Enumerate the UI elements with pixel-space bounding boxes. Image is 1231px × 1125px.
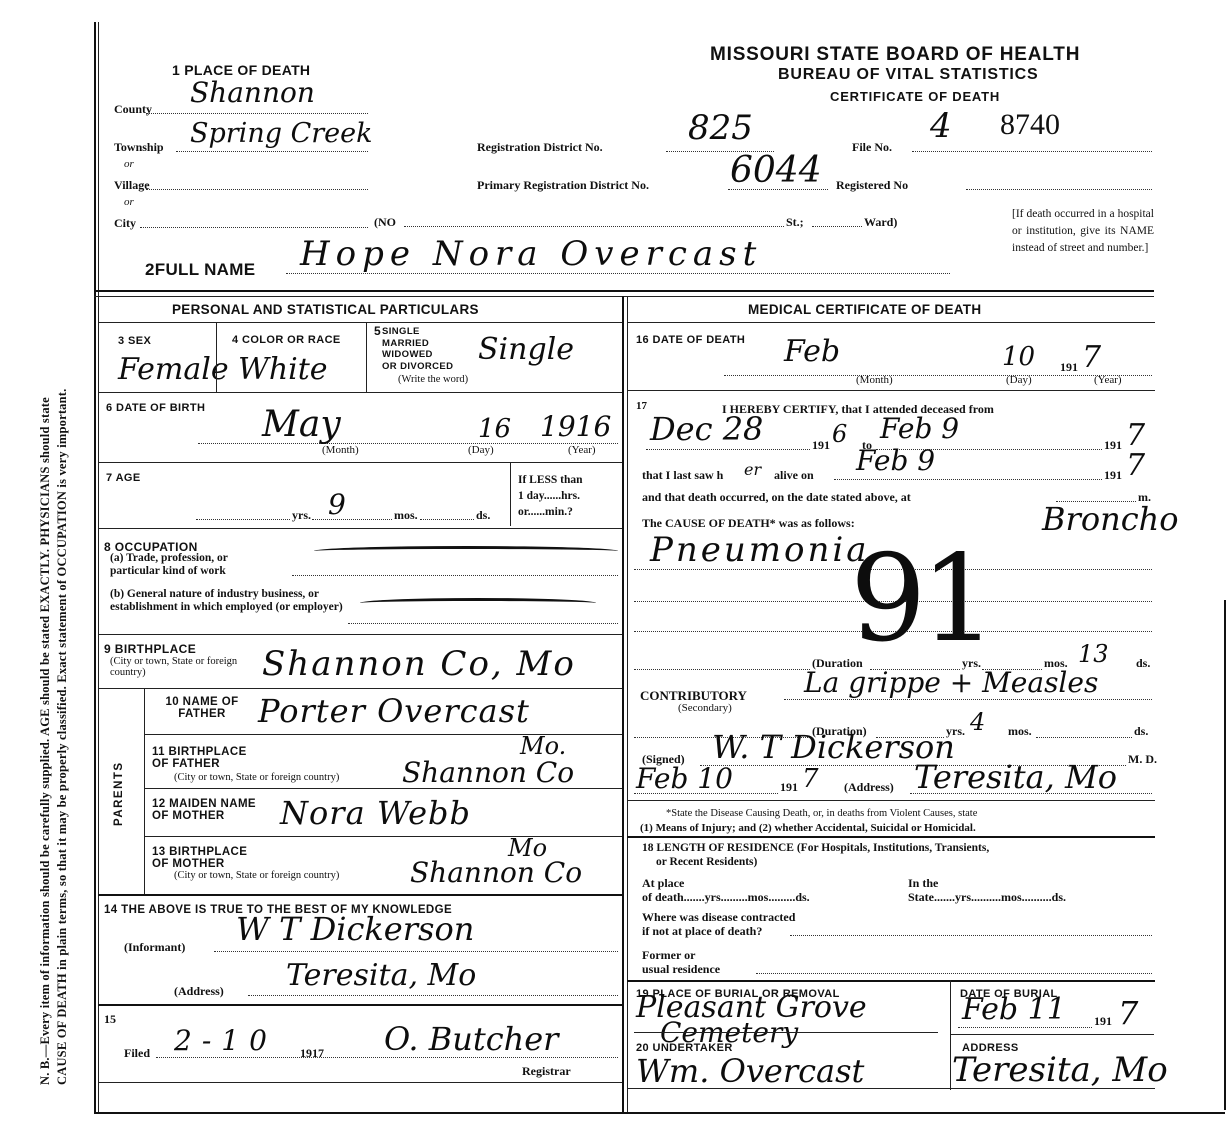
residence-label: 18 LENGTH OF RESIDENCE (For Hospitals, I…: [642, 842, 989, 854]
informant-address-value: Teresita, Mo: [286, 958, 476, 993]
sex-label: 3 SEX: [118, 335, 151, 347]
street-st-label: St.;: [786, 215, 804, 230]
rule-after-filed: [98, 1082, 622, 1083]
rule-before-burial: [627, 980, 1155, 982]
former-residence-label2: usual residence: [642, 962, 720, 977]
rule-after-parents: [98, 894, 622, 896]
marital-option-married: MARRIED: [382, 338, 453, 350]
rule-after-dod: [627, 390, 1155, 391]
dob-month-value: May: [262, 404, 341, 445]
mother-birthplace-label: 13 BIRTHPLACE OF MOTHER: [152, 846, 262, 870]
file-no-label: File No.: [852, 140, 892, 155]
burial-year-digit: 7: [1118, 994, 1138, 1032]
file-no-stamped: 8740: [1000, 108, 1060, 142]
medical-address-label: (Address): [844, 780, 894, 795]
age-yrs-field[interactable]: [196, 510, 290, 520]
cause-ds-label: ds.: [1136, 656, 1150, 671]
age-ds-field[interactable]: [420, 510, 474, 520]
rule-after-birthplace: [98, 688, 622, 689]
medical-address-value: Teresita, Mo: [914, 758, 1117, 796]
reg-district-value: 825: [688, 108, 753, 148]
rule-before-footnote: [627, 800, 1155, 801]
burial-year-prefix: 191: [1094, 1014, 1112, 1029]
left-border: [94, 22, 96, 1112]
margin-note-line1: N. B.—Every item of information should b…: [38, 397, 53, 1085]
top-section-rule: [94, 290, 1154, 292]
parents-divider: [144, 688, 145, 894]
dod-month: Feb: [784, 334, 840, 369]
occupation-b-label: (b) General nature of industry business,…: [110, 588, 354, 614]
attended-from-value: Dec 28: [650, 410, 763, 448]
dod-day: 10: [1002, 342, 1035, 372]
township-label: Township: [114, 140, 164, 155]
dod-day-caption: (Day): [1006, 374, 1032, 386]
marital-options: SINGLE MARRIED WIDOWED OR DIVORCED: [382, 326, 453, 372]
dod-year-prefix: 191: [1060, 360, 1078, 375]
less-than-line1: If LESS than: [518, 472, 583, 488]
former-residence-label: Former or: [642, 948, 695, 963]
less-than-block: If LESS than 1 day......hrs. or......min…: [518, 472, 583, 520]
right-border: [1224, 600, 1226, 1110]
last-saw-her: er: [744, 460, 761, 479]
large-mark: 91: [850, 540, 991, 660]
rule-after-age: [98, 528, 622, 529]
dod-label: 16 DATE OF DEATH: [636, 334, 745, 346]
filed-year: 1917: [300, 1046, 324, 1061]
burial-date-underline: [950, 1034, 1154, 1035]
mother-birthplace-value: Shannon Co: [410, 856, 582, 889]
township-value: Spring Creek: [190, 118, 372, 149]
attended-from-year-prefix: 191: [812, 438, 830, 453]
attended-to-year-prefix: 191: [1104, 438, 1122, 453]
age-less-divider: [510, 462, 511, 526]
attended-to-value: Feb 9: [880, 412, 959, 445]
full-name-label: 2FULL NAME: [145, 260, 255, 280]
last-saw-year-digit: 7: [1126, 448, 1145, 483]
residence-label2: or Recent Residents): [656, 856, 757, 868]
in-the-label: In the: [908, 876, 938, 891]
age-mos-value: 9: [328, 488, 346, 521]
city-field[interactable]: [140, 216, 368, 228]
undertaker-address-value: Teresita, Mo: [952, 1050, 1168, 1090]
age-mos-field[interactable]: [312, 510, 392, 520]
burial-date-value: Feb 11: [962, 992, 1066, 1027]
contributory-value: La grippe + Measles: [804, 666, 1098, 699]
father-birthplace-value: Shannon Co: [402, 756, 574, 789]
bureau-title: BUREAU OF VITAL STATISTICS: [778, 66, 1039, 84]
rule-after-dob: [98, 462, 622, 463]
less-than-line2: 1 day......hrs.: [518, 488, 583, 504]
marital-option-single: SINGLE: [382, 326, 453, 338]
ward-label: Ward): [864, 215, 897, 230]
or-label-2: or: [124, 196, 134, 208]
birthplace-label: 9 BIRTHPLACE: [104, 642, 196, 656]
registered-no-label: Registered No: [836, 178, 908, 193]
cause-line1: Broncho: [1042, 500, 1178, 538]
bottom-border: [94, 1112, 1225, 1114]
filed-date: 2-10: [174, 1024, 277, 1057]
occupation-a-dash: [314, 546, 618, 556]
md-label: M. D.: [1128, 752, 1157, 767]
dod-year-caption: (Year): [1094, 374, 1122, 386]
age-yrs-label: yrs.: [292, 508, 311, 523]
or-label-1: or: [124, 158, 134, 170]
contrib-mos-field[interactable]: [1036, 728, 1132, 738]
medical-heading: MEDICAL CERTIFICATE OF DEATH: [748, 302, 981, 317]
cause-label: The CAUSE OF DEATH* was as follows:: [642, 516, 855, 531]
occupation-b-field[interactable]: [348, 614, 618, 624]
age-label: 7 AGE: [106, 472, 141, 484]
attended-from-year-digit: 6: [832, 420, 847, 448]
birthplace-hint: (City or town, State or foreign country): [110, 656, 274, 678]
primary-reg-label: Primary Registration District No.: [477, 178, 649, 193]
marital-num: 5: [374, 324, 381, 338]
father-birthplace-label: 11 BIRTHPLACE OF FATHER: [152, 746, 262, 770]
contrib-ds-label: ds.: [1134, 724, 1148, 739]
reg-district-label: Registration District No.: [477, 140, 603, 155]
dob-year-caption: (Year): [568, 444, 596, 456]
dod-month-caption: (Month): [856, 374, 893, 386]
city-label: City: [114, 216, 136, 231]
marital-value: Single: [478, 332, 574, 367]
dob-day-value: 16: [478, 414, 511, 444]
sex-race-divider: [216, 322, 217, 392]
dod-year-digit: 7: [1082, 340, 1101, 375]
rule-after-father-birthplace: [144, 788, 622, 789]
occupation-b-dash: [360, 598, 596, 608]
rule-after-footnote: [627, 836, 1155, 838]
undertaker-underline[interactable]: [627, 1088, 1155, 1089]
top-section-rule2: [94, 296, 1154, 297]
former-residence-field[interactable]: [756, 964, 1152, 974]
village-field[interactable]: [146, 178, 368, 190]
rule-medical-heading: [627, 322, 1155, 323]
margin-note-line2: CAUSE OF DEATH in plain terms, so that i…: [55, 389, 70, 1085]
marital-hint: (Write the word): [398, 374, 468, 385]
where-contracted-field[interactable]: [790, 926, 1152, 936]
race-marital-divider: [366, 322, 367, 392]
contrib-mos-label: mos.: [1008, 724, 1032, 739]
informant-value: W T Dickerson: [236, 910, 474, 948]
board-title: MISSOURI STATE BOARD OF HEALTH: [710, 44, 1080, 66]
where-contracted-label2: if not at place of death?: [642, 924, 762, 939]
last-saw-text: that I last saw h: [642, 468, 723, 483]
personal-heading: PERSONAL AND STATISTICAL PARTICULARS: [172, 302, 479, 317]
burial-place-underline[interactable]: [634, 1032, 938, 1033]
ward-field[interactable]: [812, 215, 862, 227]
marital-option-widowed: WIDOWED: [382, 349, 453, 361]
sign-year-prefix: 191: [780, 780, 798, 795]
rule-after-occupation: [98, 634, 622, 635]
birthplace-value: Shannon Co, Mo: [262, 644, 576, 684]
registrar-value: O. Butcher: [384, 1020, 558, 1058]
mother-name-label: 12 MAIDEN NAME OF MOTHER: [152, 798, 262, 822]
occupation-a-label: (a) Trade, profession, or particular kin…: [110, 552, 278, 578]
occupation-a-field[interactable]: [292, 566, 618, 576]
rule-personal-heading: [98, 322, 622, 323]
alive-on-text: alive on: [774, 468, 814, 483]
dob-month-caption: (Month): [322, 444, 359, 456]
hospital-note: [If death occurred in a hospital or inst…: [1012, 206, 1154, 257]
village-label: Village: [114, 178, 150, 193]
rule-after-mother: [144, 836, 622, 837]
certificate-title: CERTIFICATE OF DEATH: [830, 89, 1000, 104]
left-border-inner: [98, 22, 99, 1112]
street-field[interactable]: [404, 215, 784, 227]
contrib-duration-value: 4: [970, 708, 985, 736]
of-death-label[interactable]: of death.......yrs.........mos.........d…: [642, 890, 810, 905]
sign-year-digit: 7: [802, 764, 819, 794]
father-name-label: 10 NAME OF FATHER: [152, 696, 252, 720]
dob-day-caption: (Day): [468, 444, 494, 456]
father-birthplace-extra: Mo.: [520, 732, 566, 760]
footnote-line2: (1) Means of Injury; and (2) whether Acc…: [640, 822, 976, 834]
at-place-label: At place: [642, 876, 684, 891]
informant-address-label: (Address): [174, 984, 224, 999]
age-ds-label: ds.: [476, 508, 490, 523]
father-name-value: Porter Overcast: [258, 692, 530, 730]
rule-after-sex: [98, 392, 622, 393]
full-name-value: Hope Nora Overcast: [300, 234, 762, 274]
registrar-label: Registrar: [522, 1064, 571, 1079]
last-saw-year-prefix: 191: [1104, 468, 1122, 483]
sex-value: Female: [118, 352, 229, 387]
column-divider: [622, 296, 624, 1112]
file-no-handwritten: 4: [930, 106, 952, 146]
death-occurred-text: and that death occurred, on the date sta…: [642, 490, 911, 505]
primary-reg-value: 6044: [730, 150, 822, 191]
state-label[interactable]: State.......yrs..........mos..........ds…: [908, 890, 1066, 905]
age-mos-label: mos.: [394, 508, 418, 523]
rule-after-informant: [98, 1004, 622, 1006]
filed-num: 15: [104, 1012, 116, 1027]
registered-no-field[interactable]: [966, 176, 1152, 190]
where-contracted-label: Where was disease contracted: [642, 910, 795, 925]
county-value: Shannon: [190, 76, 315, 109]
street-no-label: (NO: [374, 215, 396, 230]
father-birthplace-hint: (City or town, State or foreign country): [174, 772, 339, 783]
dob-year-value: 1916: [540, 410, 611, 443]
burial-divider: [950, 980, 951, 1090]
dob-label: 6 DATE OF BIRTH: [106, 402, 205, 414]
mother-birthplace-hint: (City or town, State or foreign country): [174, 870, 339, 881]
secondary-label: (Secondary): [678, 702, 732, 714]
informant-label: (Informant): [124, 940, 185, 955]
parents-side-label: PARENTS: [113, 761, 125, 826]
last-saw-date: Feb 9: [856, 444, 935, 477]
race-label: 4 COLOR OR RACE: [232, 334, 341, 346]
undertaker-value: Wm. Overcast: [636, 1052, 864, 1090]
filed-label: Filed: [124, 1046, 150, 1061]
marital-option-divorced: OR DIVORCED: [382, 361, 453, 373]
cause-duration-lead: [634, 660, 810, 670]
sign-date-value: Feb 10: [636, 762, 733, 795]
column-divider-2: [627, 296, 628, 1112]
less-than-line3: or......min.?: [518, 504, 583, 520]
mother-birthplace-extra: Mo: [508, 834, 547, 862]
cause-line2: Pneumonia: [650, 530, 870, 570]
footnote-line1: *State the Disease Causing Death, or, in…: [666, 808, 977, 819]
cause-duration-ds-value: 13: [1078, 640, 1109, 668]
cert-num: 17: [636, 400, 647, 412]
mother-name-value: Nora Webb: [280, 794, 471, 832]
race-value: White: [238, 352, 328, 387]
